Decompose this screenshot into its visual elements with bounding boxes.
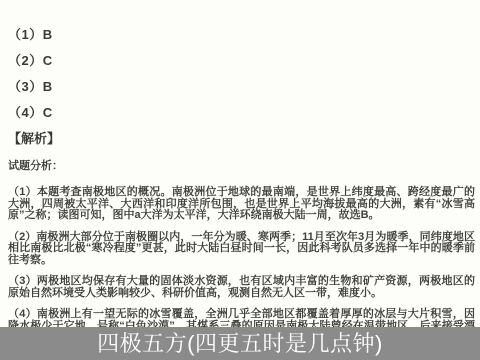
analysis-intro-label: 试题分析： [8, 161, 475, 172]
answer-number: （1） [8, 27, 43, 42]
answer-number: （4） [8, 105, 43, 120]
answer-letter: B [43, 27, 53, 42]
answer-item-4: （4）C [8, 106, 475, 119]
answer-item-3: （3）B [8, 80, 475, 93]
answer-letter: C [43, 53, 53, 68]
analysis-paragraph-2: （2）南极洲大部分位于南极圈以内，一年分为暖、寒两季；11月至次年3月为暖季，同… [8, 232, 475, 267]
answer-list: （1）B （2）C （3）B （4）C [8, 28, 475, 119]
analysis-paragraph-3: （3）两极地区均保存有大量的固体淡水资源，也有区域内丰富的生物和矿产资源，两极地… [8, 276, 475, 299]
caption-bar: 四极五方(四更五时是几点钟) [0, 327, 480, 360]
answer-number: （3） [8, 79, 43, 94]
answer-letter: B [43, 79, 53, 94]
answer-item-2: （2）C [8, 54, 475, 67]
answer-number: （2） [8, 53, 43, 68]
document-content: （1）B （2）C （3）B （4）C 【解析】 试题分析： （1）本题考查南极… [0, 0, 480, 344]
caption-text: 四极五方(四更五时是几点钟) [97, 332, 383, 356]
document-page: （1）B （2）C （3）B （4）C 【解析】 试题分析： （1）本题考查南极… [0, 0, 480, 360]
answer-item-1: （1）B [8, 28, 475, 41]
analysis-paragraph-1: （1）本题考查南极地区的概况。南极洲位于地球的最南端，是世界上纬度最高、跨经度最… [8, 187, 475, 222]
analysis-heading: 【解析】 [8, 132, 475, 145]
answer-letter: C [43, 105, 53, 120]
